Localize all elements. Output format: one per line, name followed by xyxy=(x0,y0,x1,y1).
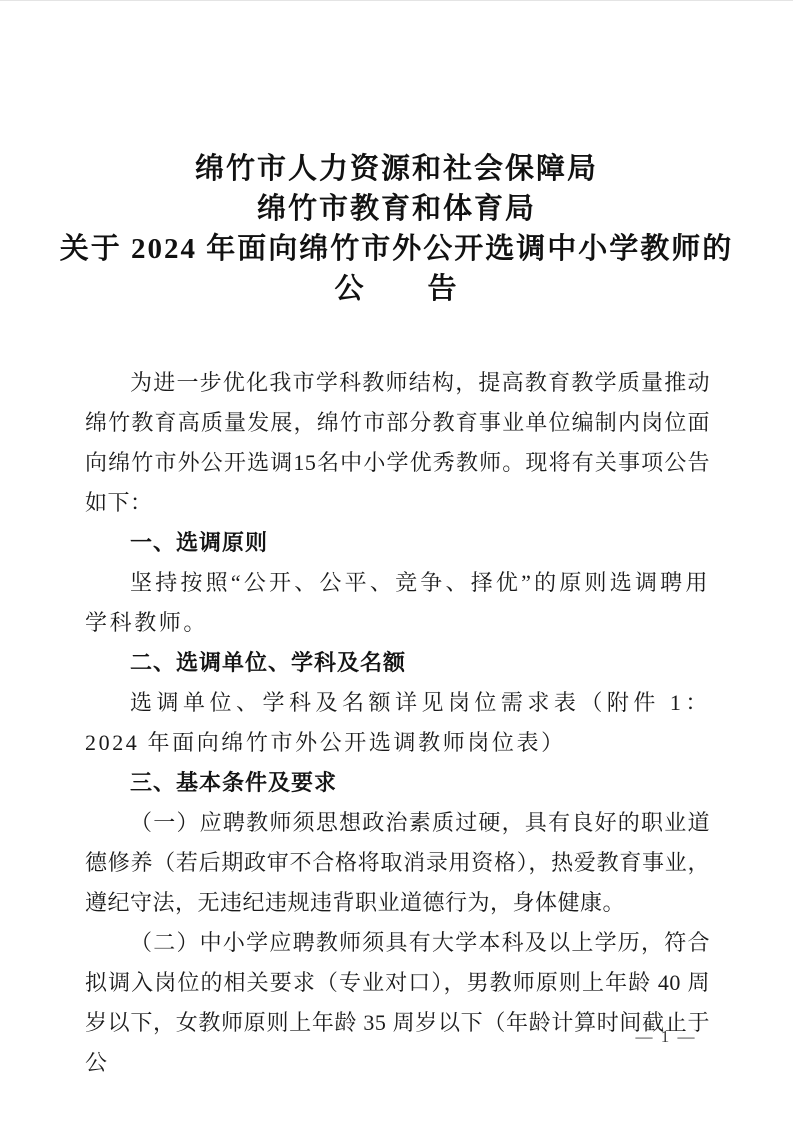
title-line-authority-2: 绵竹市教育和体育局 xyxy=(40,189,753,229)
document-body: 为进一步优化我市学科教师结构，提高教育教学质量推动绵竹教育高质量发展，绵竹市部分… xyxy=(85,363,710,1083)
title-line-subject: 关于 2024 年面向绵竹市外公开选调中小学教师的 xyxy=(40,229,753,269)
page-number: — 1 — xyxy=(596,1027,736,1047)
body-paragraph-requirement-1: （一）应聘教师须思想政治素质过硬，具有良好的职业道德修养（若后期政审不合格将取消… xyxy=(85,803,710,923)
body-paragraph-principle: 坚持按照“公开、公平、竞争、择优”的原则选调聘用学科教师。 xyxy=(85,563,710,643)
document-page: 绵竹市人力资源和社会保障局 绵竹市教育和体育局 关于 2024 年面向绵竹市外公… xyxy=(0,0,793,1122)
section-heading-2: 二、选调单位、学科及名额 xyxy=(85,643,710,683)
section-heading-3: 三、基本条件及要求 xyxy=(85,763,710,803)
body-paragraph-positions: 选调单位、学科及名额详见岗位需求表（附件 1：2024 年面向绵竹市外公开选调教… xyxy=(85,683,710,763)
title-line-authority-1: 绵竹市人力资源和社会保障局 xyxy=(40,149,753,189)
title-line-announcement: 公 告 xyxy=(40,269,753,309)
body-paragraph-requirement-2: （二）中小学应聘教师须具有大学本科及以上学历，符合拟调入岗位的相关要求（专业对口… xyxy=(85,923,710,1083)
document-title: 绵竹市人力资源和社会保障局 绵竹市教育和体育局 关于 2024 年面向绵竹市外公… xyxy=(40,149,753,309)
body-paragraph-intro: 为进一步优化我市学科教师结构，提高教育教学质量推动绵竹教育高质量发展，绵竹市部分… xyxy=(85,363,710,523)
section-heading-1: 一、选调原则 xyxy=(85,523,710,563)
